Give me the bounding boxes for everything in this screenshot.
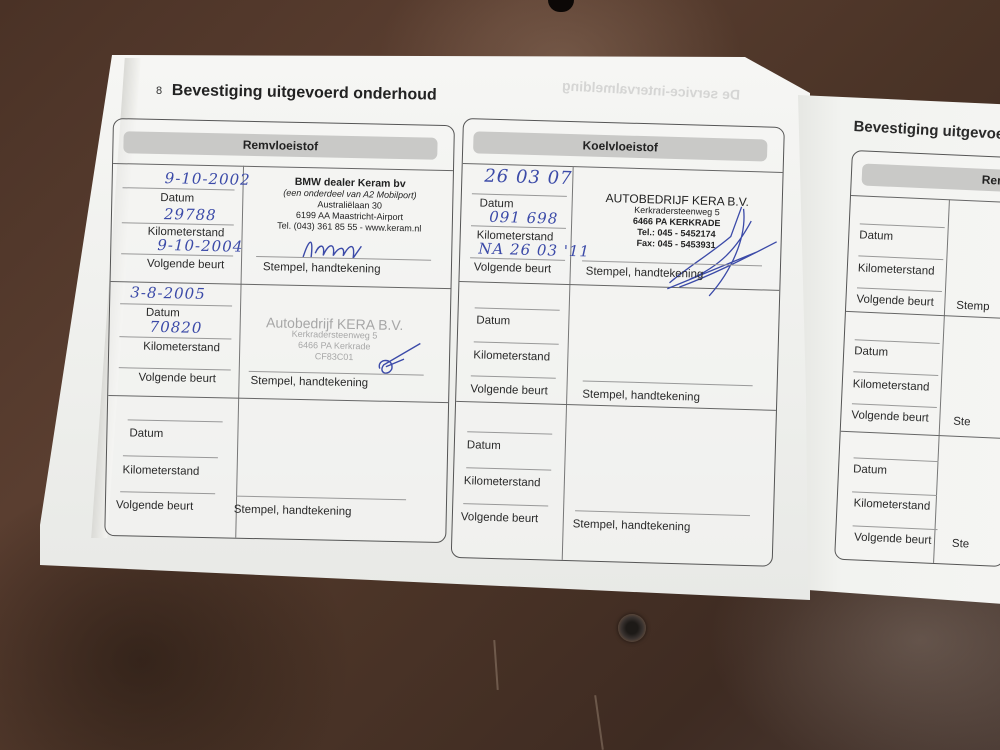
column-divider [562, 166, 574, 560]
mileage-label: Kilometerstand [473, 349, 550, 363]
brake-fluid-card: Remvloeistof 9-10-2002 Datum 29788 Kilom… [104, 118, 455, 543]
field-line [852, 491, 937, 496]
field-line [123, 455, 218, 458]
next-service-label: Volgende beurt [147, 258, 225, 272]
divider [456, 401, 776, 411]
field-line [463, 503, 548, 506]
mileage-label: Kilometerstand [858, 262, 935, 277]
field-line [472, 193, 567, 197]
field-line [852, 403, 937, 408]
field-line [236, 496, 406, 501]
field-line [119, 367, 231, 370]
screw [618, 614, 646, 642]
mileage-label: Kilometerstand [853, 497, 930, 512]
stamp-signature-label: Stempel, handtekening [250, 375, 368, 389]
field-line [119, 336, 231, 339]
handwritten-mileage: 29788 [164, 205, 217, 224]
page-number: 8 [156, 85, 162, 97]
divider [851, 195, 1000, 203]
date-label: Datum [160, 192, 194, 205]
field-line [854, 457, 939, 462]
card-header: Koelvloeistof [473, 131, 767, 161]
field-line [583, 380, 753, 386]
mileage-label: Kilometerstand [122, 464, 199, 478]
handwritten-next-service: 9-10-2004 [157, 236, 243, 256]
divider [108, 395, 448, 403]
column-divider [235, 166, 244, 538]
date-label: Datum [476, 314, 510, 327]
field-line [853, 371, 938, 376]
field-line [474, 341, 559, 344]
field-line [853, 525, 938, 530]
card-header: Remvloeistof [123, 131, 437, 160]
card-header: Remvloe [861, 163, 1000, 193]
field-line [858, 255, 943, 260]
signature [649, 194, 782, 308]
mileage-label: Kilometerstand [143, 341, 220, 355]
stamp-signature-label: Stempel, handtekening [586, 265, 704, 280]
field-line [475, 307, 560, 310]
date-label: Datum [859, 229, 893, 242]
date-label: Datum [853, 463, 887, 476]
handwritten-date: 9-10-2002 [165, 169, 251, 189]
field-line [120, 303, 232, 306]
dealer-stamp: BMW dealer Keram bv (een onderdeel van A… [262, 176, 438, 235]
field-line [855, 339, 940, 344]
date-label: Datum [854, 345, 888, 358]
stamp-signature-label: Stempel, handtekening [582, 388, 700, 403]
handwritten-mileage: 70820 [149, 318, 202, 337]
coolant-card: Koelvloeistof 26 03 07 Datum 091 698 Kil… [451, 118, 785, 567]
next-service-label: Volgende beurt [470, 383, 548, 397]
signature [299, 235, 370, 264]
field-line [122, 222, 234, 225]
date-label: Datum [467, 439, 501, 452]
next-service-label: Volgende beurt [116, 499, 194, 513]
stamp-signature-label: Ste [953, 416, 971, 429]
stamp-signature-label: Ste [952, 538, 970, 551]
right-page-card: Remvloe Datum Kilometerstand Volgende be… [834, 150, 1000, 567]
next-service-label: Volgende beurt [138, 372, 216, 386]
column-divider [933, 199, 950, 563]
next-service-label: Volgende beurt [851, 409, 929, 424]
next-service-label: Volgende beurt [461, 511, 539, 525]
field-line [466, 467, 551, 470]
date-label: Datum [129, 427, 163, 440]
field-line [471, 375, 556, 378]
field-line [467, 431, 552, 434]
field-line [575, 510, 750, 516]
scratch [594, 695, 604, 750]
mileage-label: Kilometerstand [853, 378, 930, 393]
field-line [860, 223, 945, 228]
field-line [857, 287, 942, 292]
next-service-label: Volgende beurt [854, 531, 932, 546]
stamp-signature-label: Stempel, handtekening [234, 504, 352, 518]
surface-hole [548, 0, 574, 12]
handwritten-mileage: 091 698 [489, 208, 559, 228]
divider [841, 431, 1000, 439]
stamp-signature-label: Stempel, handtekening [263, 261, 381, 275]
stamp-signature-label: Stempel, handtekening [573, 518, 691, 533]
next-service-label: Volgende beurt [474, 261, 552, 275]
scratch [493, 640, 498, 690]
mileage-label: Kilometerstand [464, 475, 541, 489]
next-service-label: Volgende beurt [856, 293, 934, 308]
stamp-line: Tel. (043) 361 85 55 - www.keram.nl [262, 220, 437, 235]
handwritten-date: 3-8-2005 [130, 283, 206, 303]
field-line [128, 419, 223, 422]
field-line [120, 491, 215, 494]
stamp-signature-label: Stemp [956, 300, 990, 313]
handwritten-date: 26 03 07 [484, 166, 573, 189]
